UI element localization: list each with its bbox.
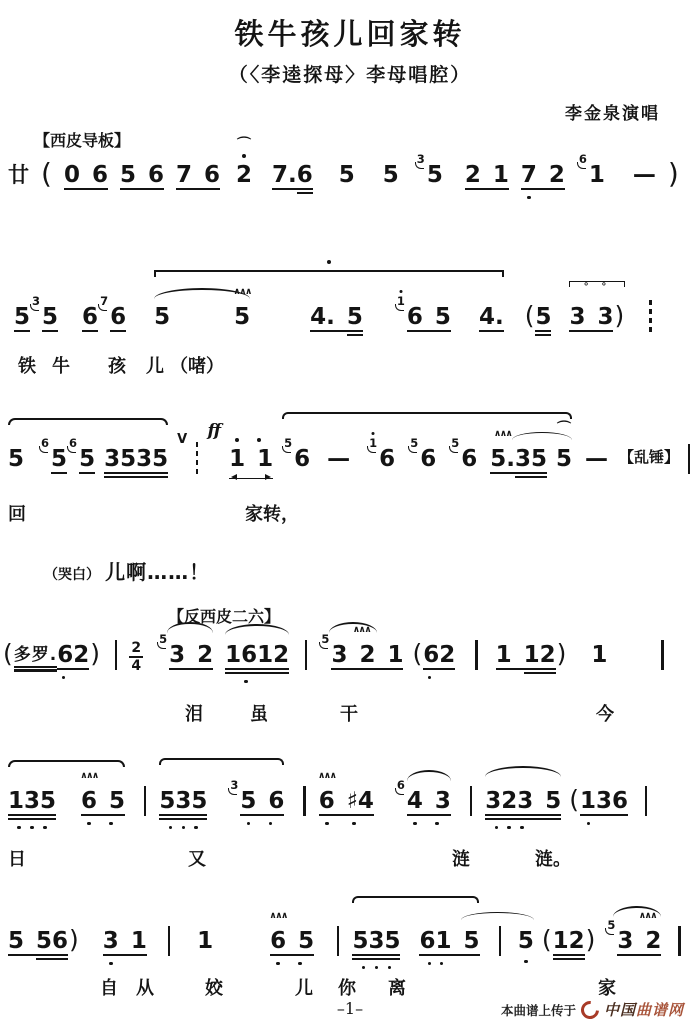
grace-note: 6 (69, 437, 77, 450)
octave-dot-below (30, 826, 34, 830)
phrase-bracket (154, 270, 504, 277)
note-digits: 5.∧∧∧ (490, 446, 515, 472)
note-digits: 4. (310, 304, 347, 330)
grace-note: 5 (159, 633, 167, 646)
note-digits: 1612 (225, 642, 289, 668)
barline (475, 640, 477, 670)
octave-dots-below (286, 962, 314, 966)
grace-note: 5 (284, 437, 292, 450)
octave-dot-below (43, 826, 47, 830)
music-line-1: 廿(0 65 67 62⌒7.655352 17 261—) (0, 162, 700, 194)
note-token: 5 (518, 928, 534, 954)
note-digits: 2 (185, 642, 213, 668)
barline (688, 444, 690, 474)
note-digits: 12 (524, 642, 556, 668)
note-digits: 6 (407, 304, 423, 330)
mordent-ornament-icon: ∧∧∧ (494, 429, 511, 439)
lyric-syllable: 家转， (245, 500, 299, 526)
music-line-6: 5 56)3 116∧∧∧ 553561 55(12)53 2∧∧∧ (0, 928, 700, 957)
octave-dots-below (81, 822, 97, 826)
phrase-bracket (352, 896, 479, 903)
note-token: 61 5 (419, 928, 479, 954)
octave-dot-below (276, 962, 280, 966)
note-digits: 6∧∧∧ (270, 928, 286, 954)
grace-note: 3 (230, 779, 238, 792)
grace-note: 6 (41, 437, 49, 450)
note-digits: 7 6 (176, 162, 220, 188)
octave-dot-below (269, 822, 273, 826)
octave-dots-below (580, 822, 628, 826)
lyric-syllable: 回 (8, 500, 26, 526)
octave-dot-below (495, 826, 499, 830)
note-token: 676 (82, 304, 126, 330)
note-token: 56 (408, 446, 436, 472)
slur (485, 766, 561, 777)
note-token: (5 (524, 304, 552, 333)
performer-credit: 李金泉演唱 (565, 99, 660, 124)
note-digits: 0 6 (64, 162, 108, 188)
note-digits: 5 (423, 304, 451, 330)
lyric-syllable: 涟。 (535, 845, 571, 871)
lyric-syllable: 日 (8, 845, 26, 871)
close-paren: ) (69, 926, 79, 955)
octave-dots-below (423, 822, 451, 826)
note-digits: 6 (82, 304, 98, 330)
note-token: 5 56) (8, 928, 80, 957)
open-paren: ( (525, 302, 535, 331)
octave-dots-below (270, 962, 286, 966)
note-token: 56 (449, 446, 477, 472)
note-token: 5 (154, 304, 170, 330)
lyric-syllable: 你 (338, 974, 356, 1000)
note-digits: 5 (339, 162, 355, 188)
dynamic-ff: ff (207, 422, 220, 442)
site-logo-icon (577, 997, 602, 1022)
note-token: 3 1 (103, 928, 147, 954)
note-digits: 4. (479, 304, 504, 330)
grace-note: 5 (410, 437, 418, 450)
note-digits: 5 (8, 446, 24, 472)
note-token: 53 2∧∧∧ 1 (319, 642, 403, 668)
octave-dot-below (435, 822, 439, 826)
note-token: 3535 (104, 446, 168, 472)
octave-dot-below (194, 826, 198, 830)
barline (303, 786, 305, 816)
hat-ornament-icon: ⌒ (237, 138, 251, 152)
octave-dot-below (520, 826, 524, 830)
grace-note: 5 (607, 919, 615, 932)
site-name: 中国曲谱网 (604, 999, 684, 1020)
note-digits: 5 (347, 304, 363, 330)
parenthesis: ( (41, 158, 52, 190)
octave-dot-above (242, 154, 246, 158)
note-token: — (585, 446, 608, 472)
site-name-red: 曲谱网 (636, 1001, 684, 1019)
note-token: (12) (541, 928, 597, 957)
octave-dot-below (388, 966, 392, 970)
barline (661, 640, 663, 670)
note-token: (多罗.62) (2, 642, 101, 671)
note-digits: 4 (407, 788, 423, 814)
note-digits: 1 (591, 642, 607, 668)
note-digits: 5 (427, 162, 443, 188)
close-paren: ) (90, 640, 100, 669)
barline (499, 926, 501, 956)
octave-dot-below (298, 962, 302, 966)
phrase-bracket (8, 760, 125, 767)
note-token: 5 (383, 162, 399, 188)
note-digits: 535 (352, 928, 400, 954)
grace-note: 1 (397, 295, 405, 308)
octave-dot-below (428, 962, 432, 966)
site-name-dark: 中国 (604, 1001, 636, 1019)
mordent-ornament-icon: ∧∧∧ (318, 771, 335, 781)
note-digits: 5 (535, 304, 551, 330)
note-digits: 5 (97, 788, 125, 814)
music-line-2: 53567655∧∧∧4. 516 54.(53 3)∘ ∘ (0, 304, 700, 336)
lyric-syllable: 虽 (250, 700, 268, 726)
octave-dot-below (17, 826, 21, 830)
note-digits: 5⌒ (556, 446, 572, 472)
octave-dot-below (325, 822, 329, 826)
note-digits: 2⌒ (236, 162, 252, 188)
octave-dot-below (169, 826, 173, 830)
octave-dot-below (62, 676, 66, 680)
grace-note: 1 (369, 437, 377, 450)
note-digits: 2 1 (465, 162, 509, 188)
note-digits: 5 (383, 162, 399, 188)
note-digits: 3 3 (569, 304, 613, 330)
octave-dots-below (225, 680, 289, 684)
breath-mark: V (177, 433, 187, 448)
note-digits: 5 (154, 304, 170, 330)
note-token: 7 6 (176, 162, 220, 188)
octave-dot-below (87, 822, 91, 826)
note-token: 35 (415, 162, 443, 188)
octave-dots-below (103, 962, 119, 966)
note-token: 1 1 (229, 446, 273, 472)
grace-note: 6 (397, 779, 405, 792)
note-digits: 5 6 (120, 162, 164, 188)
note-digits: 3 (423, 788, 451, 814)
note-digits: 6 (256, 788, 284, 814)
note-token: 1 (197, 928, 213, 954)
dot-mark (327, 260, 331, 264)
note-digits: 12 (553, 928, 585, 954)
slur (613, 906, 661, 917)
lyric-syllable: 今 (596, 700, 614, 726)
speech-prefix: （哭白） (44, 567, 100, 583)
music-line-4: (多罗.62)2453 2161253 2∧∧∧ 1(621 12)1 (0, 642, 700, 674)
note-digits: 136 (580, 788, 628, 814)
note-token: — (633, 162, 656, 188)
slur (407, 770, 451, 781)
note-token: 1 12) (496, 642, 568, 671)
octave-dot-below (182, 826, 186, 830)
note-digits: 7. (272, 162, 297, 188)
lyric-syllable: 儿 (146, 352, 164, 378)
octave-dot-below (413, 822, 417, 826)
watermark: 本曲谱上传于 中国曲谱网 (501, 999, 684, 1020)
open-paren: ( (542, 926, 552, 955)
grace-note: 6 (579, 153, 587, 166)
octave-dot-above (235, 438, 239, 442)
note-digits: 6 (297, 162, 313, 188)
mordent-ornament-icon: ∧∧∧ (80, 771, 97, 781)
note-token: 535 (352, 928, 400, 954)
octave-dots-below (8, 826, 56, 830)
note-token: 323 5 (485, 788, 561, 814)
speech-text: 儿啊……！ (105, 560, 210, 584)
note-token: 6∧∧∧ 5 (81, 788, 125, 814)
note-digits: 1 (229, 446, 245, 472)
lyric-syllable: 干 (340, 700, 358, 726)
note-token: 135 (8, 788, 56, 814)
octave-dot-below (507, 826, 511, 830)
music-line-5: 1356∧∧∧ 553535 66∧∧∧ ♯464 3323 5(136 (0, 788, 700, 817)
note-token: 7.6 (272, 162, 313, 188)
octave-dot-below (244, 680, 248, 684)
note-digits: 6 (461, 446, 477, 472)
note-digits: 3 (617, 928, 633, 954)
meter-mark: 廿 (8, 163, 29, 187)
lyric-syllable: 离 (388, 974, 406, 1000)
octave-dot-below (527, 196, 531, 200)
octave-dot-above (399, 290, 402, 293)
barline (305, 640, 307, 670)
note-digits: 135 (8, 788, 56, 814)
octave-dots-below (319, 822, 335, 826)
upload-note: 本曲谱上传于 (501, 1001, 576, 1019)
octave-dot-below (247, 822, 251, 826)
score-page: 铁牛孩儿回家转 （〈李逵探母〉李母唱腔） 李金泉演唱 【西皮导板】 【反西皮二六… (0, 0, 700, 1032)
lyric-syllable: 铁 (18, 352, 36, 378)
page-title: 铁牛孩儿回家转 (0, 12, 700, 53)
note-digits: — (633, 162, 656, 188)
note-digits: 5 (14, 304, 30, 330)
note-digits: 5 (79, 446, 95, 472)
note-token: 3 3) (569, 304, 625, 333)
note-token: 4. (479, 304, 504, 330)
octave-dot-below (362, 966, 366, 970)
note-digits: 1 (496, 642, 524, 668)
octave-dot-below (440, 962, 444, 966)
note-digits: — (585, 446, 608, 472)
note-digits: 1 (119, 928, 147, 954)
note-digits: 3 (331, 642, 347, 668)
note-token: 4. 5 (310, 304, 363, 330)
note-digits: 5 (240, 788, 256, 814)
note-digits: 5 (51, 446, 67, 472)
lyric-syllable: 泪 (185, 700, 203, 726)
note-token: 535 (159, 788, 207, 814)
close-paren: ) (586, 926, 596, 955)
note-digits: 2∧∧∧ (347, 642, 375, 668)
grace-note: 3 (417, 153, 425, 166)
music-line-3: 565653535Vff1 156—1656565.∧∧∧355⌒—【乱锤】 (0, 446, 700, 478)
note-token: 16 5 (395, 304, 451, 330)
grace-note: 5 (451, 437, 459, 450)
slur (329, 622, 377, 633)
octave-dots-below (518, 960, 534, 964)
note-digits: 6 (294, 446, 310, 472)
lyric-syllable: 儿 (295, 974, 313, 1000)
octave-dot-below (524, 960, 528, 964)
note-token: 5.∧∧∧35 (490, 446, 547, 472)
note-digits: 3 (103, 928, 119, 954)
subtitle: （〈李逵探母〉李母唱腔） (0, 60, 700, 87)
note-digits: 多罗. (14, 642, 57, 666)
barline-dashed (196, 442, 198, 478)
note-digits: 1 (245, 446, 273, 472)
close-paren: ) (614, 302, 624, 331)
note-token: 535 (14, 304, 58, 330)
phrase-bracket (8, 418, 168, 425)
note-token: 56 (282, 446, 310, 472)
note-digits: 1 (375, 642, 403, 668)
time-numerator: 2 (129, 640, 143, 658)
open-paren: ( (569, 786, 579, 815)
note-digits: 61 (419, 928, 451, 954)
barline (470, 786, 472, 816)
note-token: 6∧∧∧ ♯4 (319, 788, 374, 814)
note-digits: 5 (42, 304, 58, 330)
octave-dots-below (335, 822, 374, 826)
note-digits: 5 (452, 928, 480, 954)
close-paren: ) (557, 640, 567, 669)
note-digits: 7 2 (521, 162, 565, 188)
tie (461, 912, 534, 920)
note-token: 6565 (39, 446, 95, 472)
octave-dot-below (428, 676, 432, 680)
note-digits: — (327, 446, 350, 472)
lyric-syllable: 牛 (52, 352, 70, 378)
grace-note: 7 (100, 295, 108, 308)
note-digits: 35 (515, 446, 547, 472)
note-digits: 323 (485, 788, 533, 814)
barline (337, 926, 339, 956)
octave-dots-below (423, 676, 455, 680)
barline (645, 786, 647, 816)
octave-dots-below (521, 196, 565, 200)
phrase-bracket (282, 412, 572, 419)
note-digits: 5 (8, 928, 36, 954)
note-token: 6∧∧∧ 5 (270, 928, 314, 954)
note-digits: 3 (169, 642, 185, 668)
note-digits: 5∧∧∧ (234, 304, 250, 330)
lyric-syllable: 从 (136, 974, 154, 1000)
note-token: 7 2 (521, 162, 565, 188)
note-digits: ♯4 (335, 788, 374, 814)
grace-note: 5 (321, 633, 329, 646)
percussion-bracket: ∘ ∘ (569, 281, 625, 287)
note-digits: 2∧∧∧ (633, 928, 661, 954)
parenthesis: ) (668, 158, 679, 190)
note-digits: 6∧∧∧ (81, 788, 97, 814)
octave-dots-below (57, 676, 89, 680)
note-digits: 3535 (104, 446, 168, 472)
note-token: 2⌒ (236, 162, 252, 188)
lyric-syllable: 孩 (108, 352, 126, 378)
note-digits: 6 (420, 446, 436, 472)
note-token: 35 6 (228, 788, 284, 814)
octave-dots-below (240, 822, 256, 826)
note-token: (62 (411, 642, 455, 671)
phrase-bracket (159, 758, 284, 765)
note-token: 2 1 (465, 162, 509, 188)
octave-dots-below (407, 822, 423, 826)
note-digits: 6∧∧∧ (319, 788, 335, 814)
note-token: 1 (591, 642, 607, 668)
octave-dot-below (109, 822, 113, 826)
percussion-label: 【乱锤】 (619, 449, 679, 466)
lyric-syllable: 自 (100, 974, 118, 1000)
lyric-syllable: （啫） (170, 352, 224, 378)
grace-note: 3 (32, 295, 40, 308)
octave-dots-below (256, 822, 284, 826)
barline-dashed (649, 300, 651, 336)
note-token: 5 (339, 162, 355, 188)
note-token: 0 6 (64, 162, 108, 188)
open-paren: ( (412, 640, 422, 669)
octave-dots-below (485, 826, 533, 830)
open-paren: ( (3, 640, 13, 669)
octave-dot-below (375, 966, 379, 970)
octave-dot-below (587, 822, 591, 826)
octave-dots-below (159, 826, 207, 830)
note-digits: 6 (110, 304, 126, 330)
note-token: 5⌒ (556, 446, 572, 472)
note-token: 53 2∧∧∧ (605, 928, 661, 954)
note-token: 5 (8, 446, 24, 472)
section-label-xipi-daoban: 【西皮导板】 (34, 128, 130, 151)
time-denominator: 4 (131, 658, 141, 674)
octave-dot-below (352, 822, 356, 826)
note-digits: 1 (589, 162, 605, 188)
barline (678, 926, 680, 956)
note-token: (136 (568, 788, 628, 817)
hold-arrow (229, 478, 273, 479)
spoken-cry-line: （哭白） 儿啊……！ (44, 556, 210, 585)
lyric-syllable: 家 (598, 974, 616, 1000)
note-token: — (327, 446, 350, 472)
lyric-syllable: 又 (188, 845, 206, 871)
note-digits: 1 (197, 928, 213, 954)
note-token: 16 (367, 446, 395, 472)
note-token: 64 3 (395, 788, 451, 814)
note-token: 1612 (225, 642, 289, 668)
mordent-ornament-icon: ∧∧∧ (269, 911, 286, 921)
note-token: 5∧∧∧ (234, 304, 250, 330)
note-digits: 56 (36, 928, 68, 954)
note-digits: 62 (423, 642, 455, 668)
barline (168, 926, 170, 956)
note-digits: 6 (379, 446, 395, 472)
note-token: 5 6 (120, 162, 164, 188)
barline (144, 786, 146, 816)
barline (115, 640, 117, 670)
octave-dots-below (352, 966, 400, 970)
note-digits: 62 (57, 642, 89, 668)
octave-dot-above (257, 438, 261, 442)
note-digits: 5 (518, 928, 534, 954)
note-digits: 535 (159, 788, 207, 814)
octave-dot-above (372, 432, 375, 435)
octave-dots-below (97, 822, 125, 826)
note-token: 61 (577, 162, 605, 188)
note-token: 53 2 (157, 642, 213, 668)
octave-dot-below (109, 962, 113, 966)
